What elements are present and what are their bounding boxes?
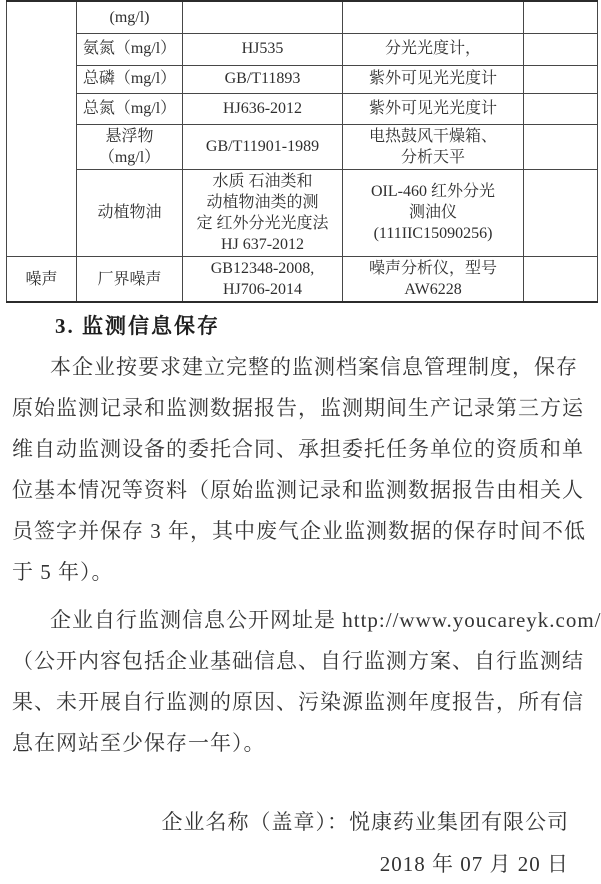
text-line: 本企业按要求建立完整的监测档案信息管理制度，保存: [12, 347, 590, 388]
extra-cell-blank: [524, 33, 598, 65]
param-cell: 总氮（mg/l）: [77, 93, 183, 124]
section-heading: 3. 监测信息保存: [55, 310, 220, 340]
extra-cell-blank: [524, 169, 598, 256]
paragraph-public-website: 企业自行监测信息公开网址是 http://www.youcareyk.com/ …: [12, 600, 590, 764]
text-line-with-url: 企业自行监测信息公开网址是 http://www.youcareyk.com/: [12, 600, 590, 641]
company-name-line: 企业名称（盖章）：悦康药业集团有限公司: [162, 801, 570, 843]
signature-block: 企业名称（盖章）：悦康药业集团有限公司 2018 年 07 月 20 日: [162, 801, 570, 884]
extra-cell-blank: [524, 257, 598, 303]
monitoring-methods-table: (mg/l) 氨氮（mg/l） HJ535 分光光度计， 总磷（mg/l） GB…: [6, 0, 598, 303]
extra-cell-blank: [524, 1, 598, 33]
text-line: 果、未开展自行监测的原因、污染源监测年度报告，所有信: [12, 682, 590, 723]
table-row: (mg/l): [7, 1, 598, 33]
table-row: 总氮（mg/l） HJ636-2012 紫外可见光光度计: [7, 93, 598, 124]
table-row: 总磷（mg/l） GB/T11893 紫外可见光光度计: [7, 65, 598, 93]
instrument-cell: 紫外可见光光度计: [343, 93, 524, 124]
method-cell: 水质 石油类和 动植物油类的测 定 红外分光光度法 HJ 637-2012: [183, 169, 343, 256]
text-line: 位基本情况等资料（原始监测记录和监测数据报告由相关人: [12, 470, 590, 511]
extra-cell-blank: [524, 124, 598, 169]
method-cell: GB/T11893: [183, 65, 343, 93]
paragraph-archive-policy: 本企业按要求建立完整的监测档案信息管理制度，保存 原始监测记录和监测数据报告，监…: [12, 347, 590, 593]
method-cell: GB/T11901-1989: [183, 124, 343, 169]
date-line: 2018 年 07 月 20 日: [162, 843, 570, 884]
extra-cell-blank: [524, 65, 598, 93]
text-line: 维自动监测设备的委托合同、承担委托任务单位的资质和单: [12, 429, 590, 470]
extra-cell-blank: [524, 93, 598, 124]
text-line: （公开内容包括企业基础信息、自行监测方案、自行监测结: [12, 641, 590, 682]
text-line: 于 5 年）。: [12, 552, 590, 593]
table-row-noise: 噪声 厂界噪声 GB12348-2008, HJ706-2014 噪声分析仪，型…: [7, 257, 598, 303]
table-row: 氨氮（mg/l） HJ535 分光光度计，: [7, 33, 598, 65]
instrument-cell: [343, 1, 524, 33]
param-cell: 氨氮（mg/l）: [77, 33, 183, 65]
method-cell: [183, 1, 343, 33]
document-page: (mg/l) 氨氮（mg/l） HJ535 分光光度计， 总磷（mg/l） GB…: [0, 0, 601, 884]
text-line: 员签字并保存 3 年，其中废气企业监测数据的保存时间不低: [12, 511, 590, 552]
param-cell: 厂界噪声: [77, 257, 183, 303]
instrument-cell: 分光光度计，: [343, 33, 524, 65]
param-cell: 悬浮物 （mg/l）: [77, 124, 183, 169]
instrument-cell: OIL-460 红外分光 测油仪 (111IIC15090256): [343, 169, 524, 256]
table-row: 动植物油 水质 石油类和 动植物油类的测 定 红外分光光度法 HJ 637-20…: [7, 169, 598, 256]
method-cell: HJ636-2012: [183, 93, 343, 124]
instrument-cell: 噪声分析仪，型号 AW6228: [343, 257, 524, 303]
instrument-cell: 紫外可见光光度计: [343, 65, 524, 93]
category-cell: 噪声: [7, 257, 77, 303]
instrument-cell: 电热鼓风干燥箱、 分析天平: [343, 124, 524, 169]
category-cell-blank: [7, 1, 77, 257]
param-cell: 总磷（mg/l）: [77, 65, 183, 93]
method-cell: HJ535: [183, 33, 343, 65]
table-row: 悬浮物 （mg/l） GB/T11901-1989 电热鼓风干燥箱、 分析天平: [7, 124, 598, 169]
text-line: 原始监测记录和监测数据报告，监测期间生产记录第三方运: [12, 388, 590, 429]
param-cell: (mg/l): [77, 1, 183, 33]
text-line: 息在网站至少保存一年）。: [12, 723, 590, 764]
method-cell: GB12348-2008, HJ706-2014: [183, 257, 343, 303]
param-cell: 动植物油: [77, 169, 183, 256]
